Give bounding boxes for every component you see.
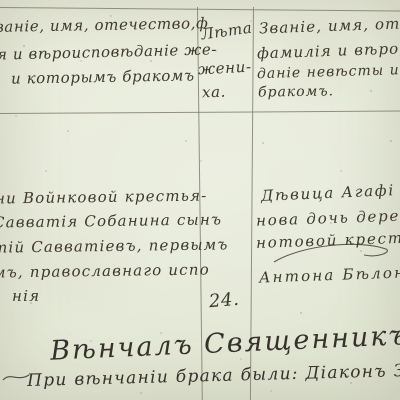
officiant-signature-line: Вѣнчалъ Священникъ Зино [50, 316, 400, 366]
header-bride-line: Званіе, имя, от [259, 15, 400, 38]
header-age-line: жени- [198, 58, 252, 79]
header-bride-line: бракомъ. [258, 83, 334, 100]
groom-age-value: 24. [208, 289, 240, 313]
groom-entry-line: мъ, православнаго испо [0, 260, 210, 281]
table-rule-top [0, 7, 400, 11]
header-groom-line: я и вѣроисповѣданіе же- [0, 40, 217, 63]
witnesses-line: При вѣнчаніи брака были: Діаконъ З [27, 361, 400, 391]
header-age-line: ха. [202, 83, 227, 102]
pen-flourish-stroke [2, 370, 30, 384]
header-bride-line: даніе невѣсты и к [257, 62, 400, 82]
groom-entry-line: Савватія Собанина сынъ [0, 210, 222, 231]
groom-entry-line: ни Войнковой крестья- [0, 187, 208, 208]
table-rule-header-bottom [0, 111, 400, 114]
groom-entry-line: тій Савватіевъ, первымъ [0, 235, 229, 256]
header-bride-line: фамилія и вѣро [257, 40, 400, 63]
bride-entry-line: нова дочь дерев [256, 206, 400, 229]
groom-entry-line: нія [12, 287, 40, 305]
bride-entry-line: Дѣвица Агафі [261, 181, 396, 205]
bride-entry-line: Антона Бѣлон [259, 263, 400, 286]
header-groom-line: ваніе, имя, отечество,ф [0, 14, 209, 36]
paper-speckles [0, 0, 2, 2]
register-page-scan: ваніе, имя, отечество,ф я и вѣроисповѣда… [0, 0, 400, 400]
header-groom-line: и которымъ бракомъ [11, 66, 195, 87]
